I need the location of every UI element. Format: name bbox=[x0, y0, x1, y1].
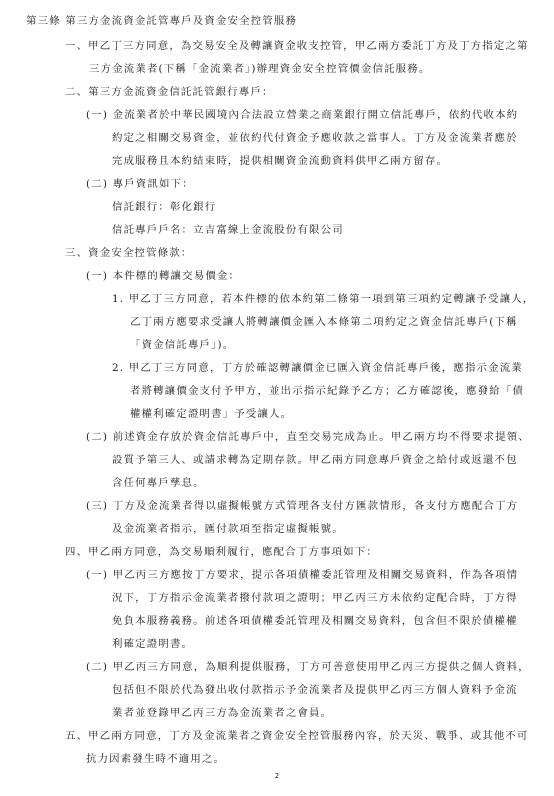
clause-4-2-line-2: 包括但不限於代為發出收付款指示予金流業者及提供甲乙丙三方個人資料予金流 bbox=[112, 683, 518, 697]
clause-1-line-1: 一、甲乙丁三方同意，為交易安全及轉讓資金收支控管，甲乙兩方委託丁方及丁方指定之第 bbox=[65, 39, 529, 53]
clause-4-1-line-4: 利確定證明書。 bbox=[112, 637, 193, 651]
clause-4-1-line-3: 免負本服務義務。前述各項債權委託管理及相關交易資料，包含但不限於債權權 bbox=[112, 614, 518, 628]
clause-2-1-line-2: 約定之相關交易資金，並依約代付資金予應收款之當事人。丁方及金流業者應於 bbox=[112, 131, 518, 145]
document-page: 第三條 第三方金流資金託管專戶及資金安全控管服務 一、甲乙丁三方同意，為交易安全… bbox=[0, 0, 554, 796]
clause-5-line-2: 抗力因素發生時不適用之。 bbox=[86, 752, 225, 766]
clause-4-2-line-3: 業者並登錄甲乙丙三方為金流業者之會員。 bbox=[112, 706, 332, 720]
clause-3-1-2-line-3: 權權利確定證明書」予受讓人。 bbox=[130, 407, 292, 421]
trust-bank: 信託銀行：彰化銀行 bbox=[112, 200, 216, 214]
clause-3-2-line-2: 設質予第三人、或請求轉為定期存款。甲乙兩方同意專戶資金之給付或返還不包 bbox=[112, 453, 518, 467]
clause-3-heading: 三、資金安全控管條款： bbox=[65, 246, 193, 260]
trust-account-name: 信託專戶戶名：立吉富線上金流股份有限公司 bbox=[112, 223, 344, 237]
clause-3-3-line-1: (三) 丁方及金流業者得以虛擬帳號方式管理各支付方匯款情形，各支付方應配合丁方 bbox=[86, 499, 518, 513]
clause-3-1-1-line-1: 1. 甲乙丁三方同意，若本件標的依本約第二條第一項到第三項約定轉讓予受讓人， bbox=[112, 292, 535, 306]
clause-3-1-1-line-3: 「資金信託專戶」)。 bbox=[130, 338, 234, 352]
clause-4-2-line-1: (二) 甲乙丙三方同意，為順利提供服務，丁方可善意使用甲乙丙三方提供之個人資料， bbox=[86, 660, 530, 674]
page-number: 2 bbox=[0, 772, 554, 780]
clause-1-line-2: 三方金流業者(下稱「金流業者」)辦理資金安全控管價金信託服務。 bbox=[89, 62, 430, 76]
clause-2-heading: 二、第三方金流資金信託託管銀行專戶： bbox=[65, 85, 274, 99]
clause-3-1-2-line-2: 者將轉讓價金支付予甲方，並出示指示紀錄予乙方；乙方確認後，應發給「債 bbox=[130, 384, 524, 398]
clause-2-1-line-1: (一) 金流業者於中華民國境內合法設立營業之商業銀行開立信託專戶，依約代收本約 bbox=[86, 108, 518, 122]
clause-3-1-2-line-1: 2. 甲乙丁三方同意，丁方於確認轉讓價金已匯入資金信託專戶後，應指示金流業 bbox=[112, 361, 523, 375]
clause-4-1-line-1: (一) 甲乙丙三方應按丁方要求，提示各項債權委託管理及相關交易資料，作為各項情 bbox=[86, 568, 518, 582]
clause-2-2-heading: (二) 專戶資訊如下： bbox=[86, 177, 194, 191]
clause-3-2-line-3: 含任何專戶孳息。 bbox=[112, 476, 205, 490]
clause-3-1-heading: (一) 本件標的轉讓交易價金： bbox=[86, 269, 240, 283]
clause-4-1-line-2: 況下，丁方指示金流業者撥付款項之證明；甲乙丙三方未依約定配合時，丁方得 bbox=[112, 591, 518, 605]
clause-3-3-line-2: 及金流業者指示，匯付款項至指定虛擬帳號。 bbox=[112, 522, 344, 536]
article-heading: 第三條 第三方金流資金託管專戶及資金安全控管服務 bbox=[26, 14, 297, 28]
clause-4-heading: 四、甲乙兩方同意，為交易順利履行，應配合丁方事項如下： bbox=[65, 545, 378, 559]
clause-3-1-1-line-2: 乙丁兩方應要求受讓人將轉讓價金匯入本條第二項約定之資金信託專戶(下稱 bbox=[130, 315, 518, 329]
clause-2-1-line-3: 完成服務且本約結束時，提供相關資金流動資料供甲乙兩方留存。 bbox=[112, 154, 448, 168]
clause-5-line-1: 五、甲乙兩方同意，丁方及金流業者之資金安全控管服務內容，於天災、戰爭、或其他不可 bbox=[65, 729, 529, 743]
clause-3-2-line-1: (二) 前述資金存放於資金信託專戶中，直至交易完成為止。甲乙兩方均不得要求提領、 bbox=[86, 430, 530, 444]
